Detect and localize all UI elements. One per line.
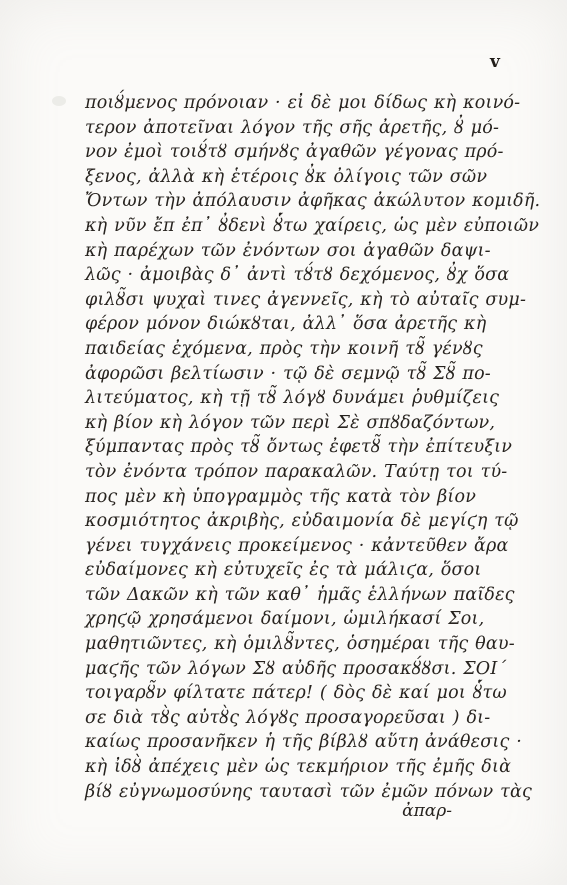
text-line: καίως προσανῆκεν ἡ τῆς βίβλȣ αὕτη ἀνάθεσ… [85,730,492,755]
book-page-scan: v ποιȣ́μενος πρόνοιαν · εἰ δὲ μοι δίδως … [0,0,567,885]
text-line: λιτεύματος, κὴ τῇ τȣ̃ λόγȣ δυνάμει ῥυθμί… [85,386,492,411]
text-line: γένει τυγχάνεις προκείμενος · κἀντεῦθεν … [85,534,492,559]
text-line: μαϛῆς τῶν λόγων Σȣ αὐδῆς προσακȣ́ȣσι. ΣΟ… [85,657,492,682]
text-line: τοιγαρȣ̃ν φίλτατε πάτερ! ( δὸς δὲ καί μο… [85,681,492,706]
text-line: Ὄντων τὴν ἀπόλαυσιν ἀφῆκας ἀκώλυτον κομι… [85,189,492,214]
text-line: κὴ νῦν ἔπ ἐπ᾽ ȣ̓δενὶ ȣ̔́τω χαίρεις, ὡς μ… [85,214,492,239]
text-line: τῶν Δακῶν κὴ τῶν καθ᾽ ἡμᾶς ἑλλήνων παῖδε… [85,583,492,608]
text-line: κὴ βίον κὴ λόγον τῶν περὶ Σὲ σπȣδαζόντων… [85,411,492,436]
text-line: σε διὰ τȣ̀ς αὐτȣ̀ς λόγȣς προσαγορεῦσαι )… [85,706,492,731]
text-line: τερον ἀποτεῖναι λόγον τῆς σῆς ἀρετῆς, ȣ̓… [85,116,492,141]
text-line: ἀφορῶσι βελτίωσιν · τῷ δὲ σεμνῷ τȣ̃ Σȣ̃ … [85,362,492,387]
text-line: κὴ παρέχων τῶν ἐνόντων σοι ἀγαθῶν δαψι- [85,239,492,264]
page-number: v [490,52,501,72]
text-line: ξύμπαντας πρὸς τȣ̃ ὄντως ἐφετȣ̃ τὴν ἐπίτ… [85,435,492,460]
text-line: φέρον μόνον διώκȣται, ἀλλ᾽ ὅσα ἀρετῆς κὴ [85,312,492,337]
text-line: ξενος, ἀλλὰ κὴ ἑτέροις ȣ̓κ ὀλίγοις τῶν σ… [85,165,492,190]
text-line: τὸν ἐνόντα τρόπον παρακαλῶν. Ταύτῃ τοι τ… [85,460,492,485]
text-line: μαθητιῶντες, κὴ ὁμιλȣ̃ντες, ὁσημέραι τῆς… [85,632,492,657]
text-line: νον ἐμοὶ τοιȣ́τȣ σμήνȣς ἀγαθῶν γέγονας π… [85,140,492,165]
text-line: ποιȣ́μενος πρόνοιαν · εἰ δὲ μοι δίδως κὴ… [85,91,492,116]
text-line: πος μὲν κὴ ὑπογραμμὸς τῆς κατὰ τὸν βίον [85,485,492,510]
page-text-block: ποιȣ́μενος πρόνοιαν · εἰ δὲ μοι δίδως κὴ… [85,91,492,804]
text-line: παιδείας ἐχόμενα, πρὸς τὴν κοινῆ τȣ̃ γέν… [85,337,492,362]
text-line: λῶς · ἀμοιβὰς δ᾽ ἀντὶ τȣ́τȣ δεχόμενος, ȣ… [85,263,492,288]
text-line: χρηϛῷ χρησάμενοι δαίμονι, ὡμιλήκασί Σοι, [85,607,492,632]
text-line: κοσμιότητος ἀκριβὴς, εὐδαιμονία δὲ μεγίϛ… [85,509,492,534]
text-line: φιλȣ̃σι ψυχαὶ τινες ἀγεννεῖς, κὴ τὸ αὐτα… [85,288,492,313]
text-line: εὐδαίμονες κὴ εὐτυχεῖς ἐς τὰ μάλιϛα, ὅσο… [85,558,492,583]
text-line: κὴ ἰδȣ̀ ἀπέχεις μὲν ὡς τεκμήριον τῆς ἐμῆ… [85,755,492,780]
catchword: ἀπαρ- [85,801,472,821]
scan-smudge [52,96,66,106]
